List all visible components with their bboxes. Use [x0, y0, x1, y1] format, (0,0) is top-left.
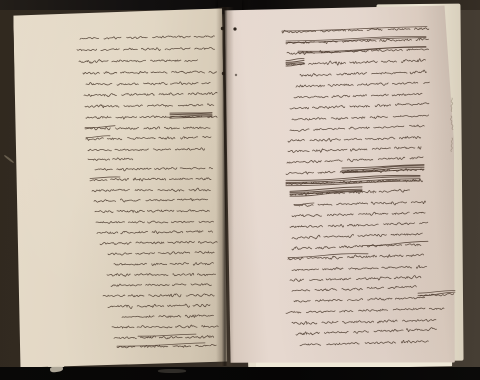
backdrop-bottom-edge [0, 367, 480, 380]
photo-smudge [4, 155, 15, 164]
right-page [225, 5, 458, 365]
manuscript-photo [0, 0, 480, 380]
left-page [13, 8, 228, 367]
